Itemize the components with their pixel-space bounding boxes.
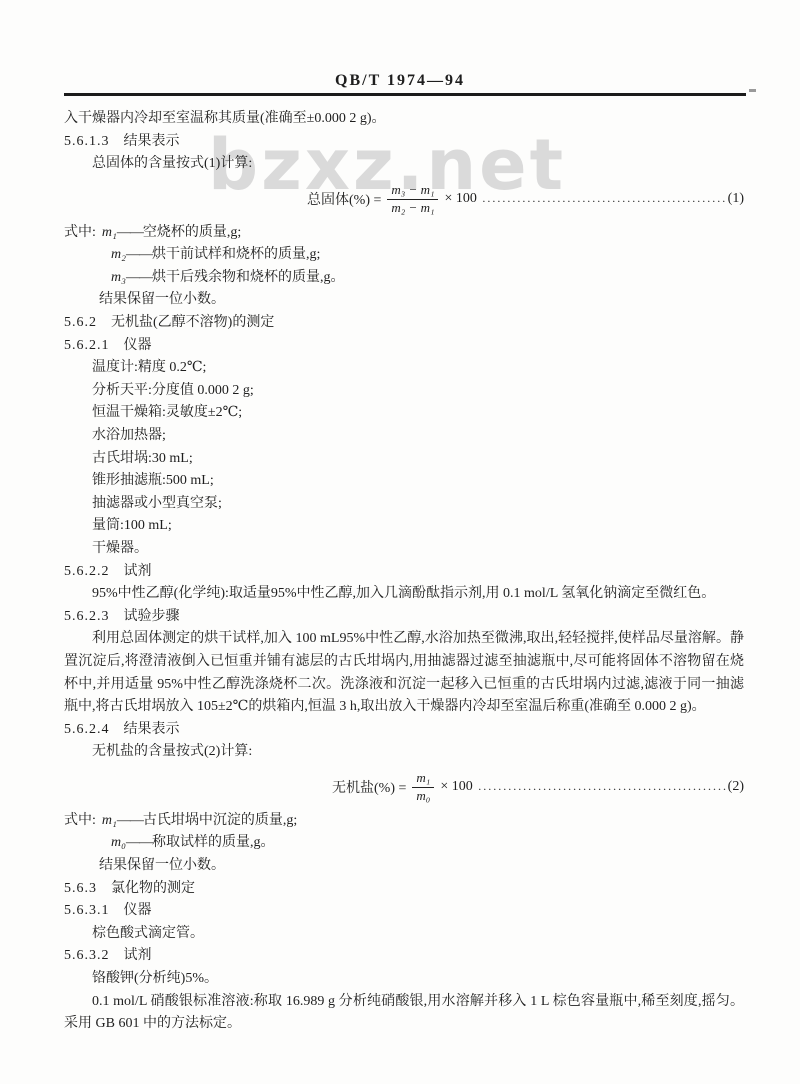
formula-2-leader-dots: ········································… xyxy=(478,782,727,797)
header-rule xyxy=(64,93,746,96)
formula-1-fraction: m₃ − m₁ m₂ − m₁ xyxy=(387,183,438,216)
formula-2: 无机盐(%) = m₁ m₀ × 100 ···················… xyxy=(64,771,744,804)
instrument-item: 抽滤器或小型真空泵; xyxy=(64,493,744,516)
formula-2-fraction: m₁ m₀ xyxy=(412,771,434,804)
silver-nitrate-paragraph: 0.1 mol/L 硝酸银标准溶液:称取 16.989 g 分析纯硝酸银,用水溶… xyxy=(64,991,744,1036)
variable-description: 古氏坩埚中沉淀的质量,g; xyxy=(143,813,297,828)
formula-1-numerator: m₃ − m₁ xyxy=(387,183,438,200)
variable-symbol: m₁ xyxy=(102,225,117,240)
variable-description: 空烧杯的质量,g; xyxy=(143,225,241,240)
section-number: 5.6.3.2 xyxy=(64,948,110,963)
where-clause-1-item-1: 式中:m₁——空烧杯的质量,g; xyxy=(64,222,744,245)
section-title: 试剂 xyxy=(124,948,152,963)
section-heading-5-6-2-2: 5.6.2.2试剂 xyxy=(64,561,744,584)
burette-line: 棕色酸式滴定管。 xyxy=(64,923,744,946)
section-title: 试剂 xyxy=(124,564,152,579)
where-prefix: 式中: xyxy=(64,813,96,828)
instrument-item: 水浴加热器; xyxy=(64,425,744,448)
formula-2-denominator: m₀ xyxy=(412,788,434,804)
formula-1-leader-dots: ········································… xyxy=(482,194,727,209)
formula-2-lhs: 无机盐(%) = xyxy=(332,777,406,797)
formula-2-number: (2) xyxy=(728,779,744,795)
variable-symbol: m₁ xyxy=(102,813,117,828)
formula-1-number: (1) xyxy=(728,191,744,207)
section-title: 无机盐(乙醇不溶物)的测定 xyxy=(111,315,274,330)
variable-description: 烘干前试样和烧杯的质量,g; xyxy=(152,247,320,262)
section-number: 5.6.2.1 xyxy=(64,338,110,353)
section-number: 5.6.2.4 xyxy=(64,722,110,737)
section-title: 结果表示 xyxy=(124,722,180,737)
instrument-item: 锥形抽滤瓶:500 mL; xyxy=(64,470,744,493)
dash: —— xyxy=(126,835,152,850)
section-number: 5.6.3.1 xyxy=(64,903,110,918)
instrument-item: 恒温干燥箱:灵敏度±2℃; xyxy=(64,402,744,425)
dash: —— xyxy=(126,270,152,285)
formula-1-multiplier: × 100 xyxy=(444,191,476,207)
header-rule-tick xyxy=(749,89,756,92)
section-number: 5.6.2.3 xyxy=(64,609,110,624)
instrument-item: 温度计:精度 0.2℃; xyxy=(64,357,744,380)
formula1-intro: 总固体的含量按式(1)计算: xyxy=(64,153,744,176)
section-number: 5.6.3 xyxy=(64,881,97,896)
where-clause-1-item-2: m₂——烘干前试样和烧杯的质量,g; xyxy=(64,244,744,267)
formula2-intro: 无机盐的含量按式(2)计算: xyxy=(64,741,744,764)
section-number: 5.6.2.2 xyxy=(64,564,110,579)
formula-1-lhs: 总固体(%) = xyxy=(307,189,381,209)
section-heading-5-6-2: 5.6.2无机盐(乙醇不溶物)的测定 xyxy=(64,312,744,335)
page-header: QB/T 1974—94 xyxy=(0,0,800,90)
instrument-item: 干燥器。 xyxy=(64,538,744,561)
where-clause-1-item-3: m₃——烘干后残余物和烧杯的质量,g。 xyxy=(64,267,744,290)
instrument-item: 古氏坩埚:30 mL; xyxy=(64,448,744,471)
section-heading-5-6-1-3: 5.6.1.3结果表示 xyxy=(64,131,744,154)
variable-symbol: m₂ xyxy=(111,247,126,262)
document-body: 入干燥器内冷却至室温称其质量(准确至±0.000 2 g)。 5.6.1.3结果… xyxy=(64,108,744,1036)
variable-symbol: m₀ xyxy=(111,835,126,850)
section-number: 5.6.2 xyxy=(64,315,97,330)
formula-2-numerator: m₁ xyxy=(412,771,434,788)
section-heading-5-6-2-3: 5.6.2.3试验步骤 xyxy=(64,606,744,629)
section-number: 5.6.1.3 xyxy=(64,134,110,149)
instrument-item: 分析天平:分度值 0.000 2 g; xyxy=(64,380,744,403)
dash: —— xyxy=(117,225,143,240)
variable-description: 烘干后残余物和烧杯的质量,g。 xyxy=(152,270,345,285)
section-heading-5-6-2-1: 5.6.2.1仪器 xyxy=(64,335,744,358)
section-heading-5-6-3-1: 5.6.3.1仪器 xyxy=(64,900,744,923)
result-note-2: 结果保留一位小数。 xyxy=(64,855,744,878)
where-clause-2-item-1: 式中:m₁——古氏坩埚中沉淀的质量,g; xyxy=(64,810,744,833)
dash: —— xyxy=(126,247,152,262)
section-title: 氯化物的测定 xyxy=(111,881,195,896)
standard-code: QB/T 1974—94 xyxy=(335,72,465,89)
scanned-document-page: bzxz.net QB/T 1974—94 入干燥器内冷却至室温称其质量(准确至… xyxy=(0,0,800,1084)
variable-description: 称取试样的质量,g。 xyxy=(152,835,275,850)
variable-symbol: m₃ xyxy=(111,270,126,285)
continuation-line: 入干燥器内冷却至室温称其质量(准确至±0.000 2 g)。 xyxy=(64,108,744,131)
formula-1: 总固体(%) = m₃ − m₁ m₂ − m₁ × 100 ·········… xyxy=(64,183,744,216)
procedure-paragraph: 利用总固体测定的烘干试样,加入 100 mL95%中性乙醇,水浴加热至微沸,取出… xyxy=(64,628,744,718)
reagent-paragraph: 95%中性乙醇(化学纯):取适量95%中性乙醇,加入几滴酚酞指示剂,用 0.1 … xyxy=(64,583,744,606)
result-note-1: 结果保留一位小数。 xyxy=(64,289,744,312)
where-clause-2-item-2: m₀——称取试样的质量,g。 xyxy=(64,832,744,855)
section-title: 结果表示 xyxy=(124,134,180,149)
header-rule-line xyxy=(64,93,746,96)
section-heading-5-6-3: 5.6.3氯化物的测定 xyxy=(64,878,744,901)
section-title: 试验步骤 xyxy=(124,609,180,624)
formula-1-denominator: m₂ − m₁ xyxy=(387,200,438,216)
instrument-item: 量筒:100 mL; xyxy=(64,515,744,538)
dash: —— xyxy=(117,813,143,828)
formula-2-multiplier: × 100 xyxy=(440,779,472,795)
section-title: 仪器 xyxy=(124,903,152,918)
where-prefix: 式中: xyxy=(64,225,96,240)
section-title: 仪器 xyxy=(124,338,152,353)
section-heading-5-6-2-4: 5.6.2.4结果表示 xyxy=(64,719,744,742)
chromate-line: 铬酸钾(分析纯)5%。 xyxy=(64,968,744,991)
section-heading-5-6-3-2: 5.6.3.2试剂 xyxy=(64,945,744,968)
